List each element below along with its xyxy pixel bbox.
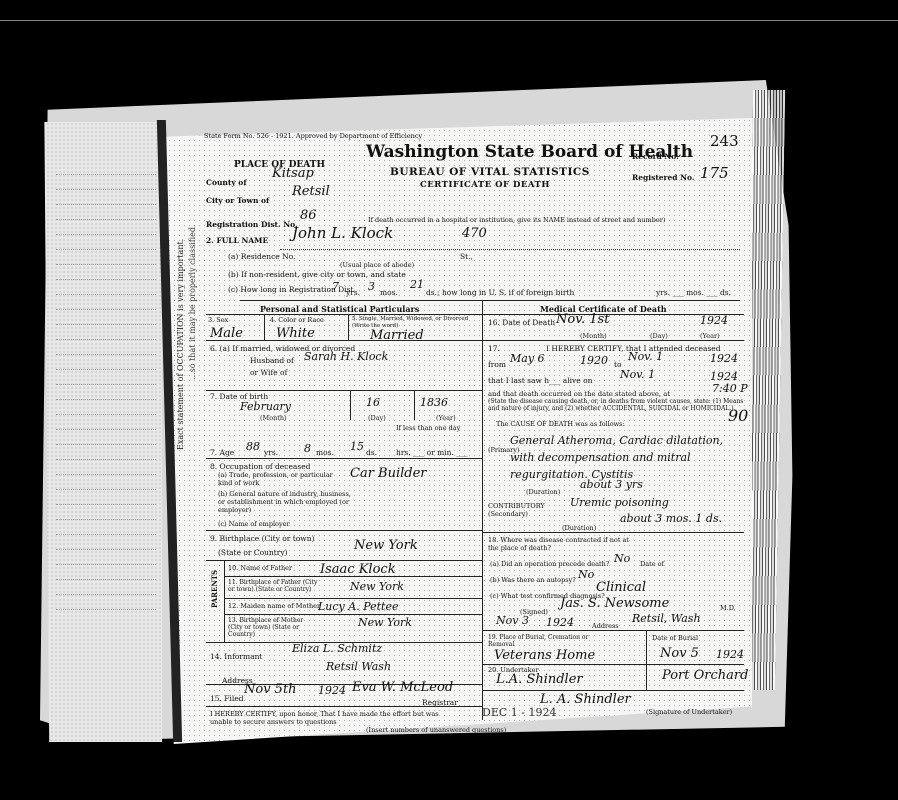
rule [482,532,744,533]
from-label: from [488,360,506,369]
physician-signature: Jas. S. Newsome [560,596,669,611]
father-birth: New York [350,580,404,593]
occupation-b-label: (b) General nature of industry, business… [218,490,358,514]
father-name-label: 10. Name of Father [228,564,292,572]
from-date: May 6 [510,352,545,365]
certificate-title: CERTIFICATE OF DEATH [420,180,550,190]
city-label: City or Town of [206,196,269,205]
death-date: Nov. 1st [556,312,609,327]
undertaker-sig-label: (Signature of Undertaker) [646,708,732,716]
birthplace-label: 9. Birthplace (City or town) [210,534,314,543]
contributory-label: CONTRIBUTORY (Secondary) [488,502,558,518]
mother-name-label: 12. Maiden name of Mother [228,602,320,610]
state-text: (State the disease causing death, or, in… [488,398,744,412]
residence-st-suffix: St., [460,252,473,261]
rule [414,390,415,420]
occupation-value: Car Builder [350,466,427,481]
md-label: M.D. [720,604,736,612]
hospital-note: If death occurred in a hospital or insti… [368,216,665,224]
margin-note-occupation: Exact statement of OCCUPATION is very im… [176,239,185,450]
q-a-label: (a) Did an operation precede death? [490,560,609,568]
q-b-answer: No [578,568,594,581]
husband-label: Husband of [250,356,294,365]
age-days: 15 [350,440,364,453]
age-years: 88 [246,440,260,453]
undertaker-address: Port Orchard [662,668,748,683]
rule [206,458,482,459]
undertaker-signature: L. A. Shindler [540,692,631,707]
physician-address: Retsil, Wash [632,612,701,625]
mos-label: mos. [380,288,398,297]
residence-months: 3 [368,280,375,293]
q-c-answer: Clinical [596,580,646,595]
foreign-tail: yrs. ___ mos. ___ ds. [656,288,731,297]
age-label: 7. Age [210,448,234,457]
rule [206,340,482,341]
rule [206,530,482,531]
mother-birth: New York [358,616,412,629]
primary-duration-label: (Duration) [526,488,560,496]
sex-value: Male [210,326,243,341]
section-rule [240,300,740,301]
city-value: Retsil [292,184,330,199]
certify-no: 17. [488,344,500,353]
informant-label: 14. Informant [210,652,262,661]
received-stamp-date: DEC 1 - 1924 [482,706,556,719]
record-no-label: Record No. [632,152,679,161]
ds-label: ds.; how long in U. S. if of foreign bir… [426,288,574,297]
death-year: 1924 [700,314,728,327]
full-name-extra: 470 [462,226,487,241]
margin-code: 90 [728,406,748,425]
margin-note-classified: ...so that it may be properly classified… [188,225,197,381]
rule [482,690,744,691]
county-label: County of [206,178,247,187]
q18-label: 18. Where was disease contracted if not … [488,536,638,552]
death-date-label: 16. Date of Death [488,318,555,327]
rule [482,630,744,631]
to-date: Nov. 1 [628,350,663,363]
residence-b-label: (b) If non-resident, give city or town, … [228,270,406,279]
scan-artifact-line [0,20,898,21]
last-saw: Nov. 1 [620,368,655,381]
dob-day: 16 [366,396,380,409]
birthplace-state-label: (State or Country) [218,548,288,557]
occupation-c-label: (c) Name of employer [218,520,290,528]
rule [350,390,351,420]
bureau-title: BUREAU OF VITAL STATISTICS [390,166,590,178]
death-year-label: (Year) [700,332,720,340]
mother-name: Lucy A. Pettee [318,600,398,613]
occupation-a-label: (a) Trade, profession, or particular kin… [218,471,338,487]
year-label: (Year) [436,414,456,422]
residence-paren: (Usual place of abode) [340,261,414,269]
rule [206,390,482,391]
q-a-date: Date of [640,560,664,568]
death-day-label: (Day) [650,332,668,340]
mother-birth-label: 13. Birthplace of Mother (City or town) … [228,617,318,638]
signed-year: 1924 [546,616,574,629]
rule [206,706,482,707]
informant-address: Retsil Wash [326,660,391,673]
to-year: 1924 [710,352,738,365]
day-label: (Day) [368,414,386,422]
county-value: Kitsap [272,166,314,181]
occurred-text: and that death occurred on the date stat… [488,390,670,398]
father-name: Isaac Klock [320,562,396,577]
physician-address-label: Address [592,622,619,630]
footer-certify-text: I HEREBY CERTIFY, upon honor, That I hav… [210,710,460,726]
rule [224,576,482,577]
rule [206,560,482,561]
contributory-duration-label: (Duration) [562,524,596,532]
rule [482,664,744,665]
undertaker-name: L.A. Shindler [496,672,583,687]
column-divider [482,300,483,720]
filed-date: Nov 5th [244,682,297,697]
contributory-cause: Uremic poisoning [570,496,669,509]
parents-heading: PARENTS [210,570,219,608]
sex-label: 3. Sex [208,316,228,324]
residence-years: 7 [332,280,339,293]
rule [206,314,482,315]
father-birth-label: 11. Birthplace of Father (City or town) … [228,579,318,593]
dob-month: February [240,400,291,413]
rule [646,630,647,690]
form-header: State Form No. 526 - 1921. Approved by D… [204,132,422,140]
full-name-value: John L. Klock [292,224,393,242]
stamp-number: 243 [710,132,739,150]
primary-duration: about 3 yrs [580,478,643,491]
from-year: 1920 [580,354,608,367]
full-name-label: 2. FULL NAME [206,236,268,245]
death-time: 7:40 P [712,382,748,395]
full-name-line [280,248,740,250]
burial-label: 19. Place of Burial, Cremation or Remova… [488,634,598,648]
certificate-content: State Form No. 526 - 1921. Approved by D… [200,128,750,728]
dob-year: 1836 [420,396,448,409]
rule [348,314,349,340]
personal-heading: Personal and Statistical Particulars [260,304,419,314]
informant-name: Eliza L. Schmitz [292,642,382,655]
residence-days: 21 [410,278,424,291]
color-label: 4. Color or Race [270,316,324,324]
yrs-label: yrs. [346,288,360,297]
footer-insert-text: (Insert numbers of unanswered questions) [366,726,506,734]
birthplace-value: New York [354,538,418,553]
residence-a-label: (a) Residence No. [228,252,295,261]
q-a-answer: No [614,552,630,565]
registered-no: 175 [700,164,729,182]
rule [224,598,482,599]
rule [224,560,225,642]
hrs-min: hrs. ___ or min. ___ [396,448,468,457]
cause-heading: The CAUSE OF DEATH was as follows: [496,420,625,428]
filed-year: 1924 [318,684,346,697]
rule [264,314,265,340]
burial-date-label: Date of Burial [652,634,698,642]
less-than-day: If less than one day [396,424,460,432]
age-months: 8 [304,442,311,455]
occupation-label: 8. Occupation of deceased [210,462,310,471]
spouse-value: Sarah H. Klock [304,350,388,363]
rule [224,614,482,615]
reg-dist-value: 86 [300,208,317,223]
burial-place: Veterans Home [494,648,595,663]
burial-date: Nov 5 [660,646,699,661]
registrar-name: Eva W. McLeod [352,680,453,695]
registered-no-label: Registered No. [632,173,694,182]
primary-cause: General Atheroma, Cardiac dilatation, wi… [510,432,750,483]
reg-dist-label: Registration Dist. No. [206,220,298,229]
contributory-duration: about 3 mos. 1 ds. [620,512,722,525]
last-saw-label: that I last saw h___ alive on [488,376,592,385]
burial-year: 1924 [716,648,744,661]
signed-date: Nov 3 [496,614,529,627]
month-label: (Month) [260,414,287,422]
wife-label: or Wife of [250,368,287,377]
color-value: White [276,326,315,341]
rule [482,340,744,341]
previous-page-text [56,160,156,610]
q-b-label: (b) Was there an autopsy? [490,576,576,584]
filed-label: 15. Filed [210,694,244,703]
death-month-label: (Month) [580,332,607,340]
